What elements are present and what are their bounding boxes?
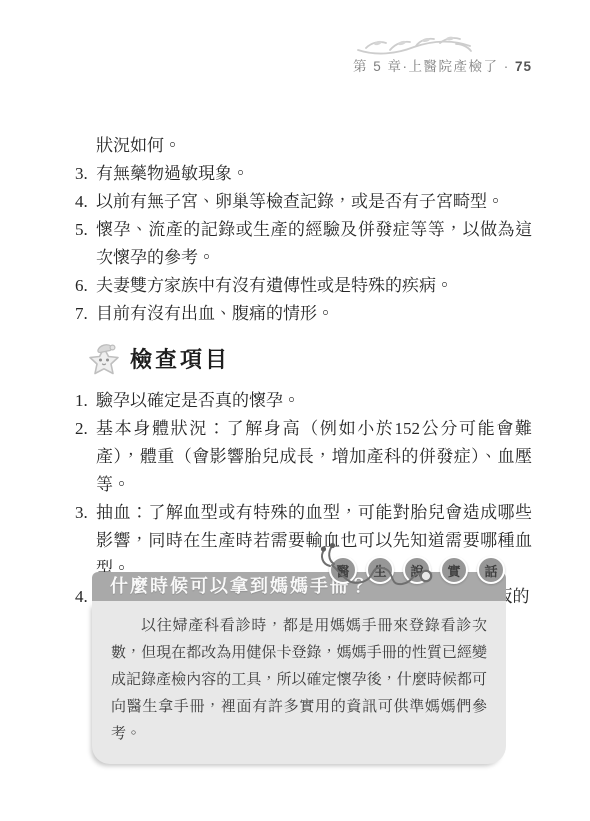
list-item-text: 基本身體狀況：了解身高（例如小於152公分可能會難產），體重（會影響胎兒成長，增… [96,419,532,494]
doctor-callout-box: 醫 生 說 實 話 什麼時候可以拿到媽媽手冊？ 以往婦產科看診時，都是用媽媽手冊… [92,556,506,764]
list-item: 7. 目前有沒有出血、腹痛的情形。 [75,300,532,328]
list-item-number: 2. [75,415,88,443]
doctor-badge: 話 [477,556,505,584]
list-item-number: 1. [75,387,88,415]
list-item-number: 5. [75,216,88,244]
list-item-number: 3. [75,160,88,188]
list-continuation-line: 狀況如何。 [75,132,532,160]
section-title: 檢查項目 [130,349,230,371]
list-item: 1. 驗孕以確定是否真的懷孕。 [75,387,532,415]
list-item: 4. 以前有無子宮、卵巢等檢查記錄，或是否有子宮畸型。 [75,188,532,216]
list-item: 3. 有無藥物過敏現象。 [75,160,532,188]
page-number: 75 [515,59,532,74]
chapter-label: 第 5 章·上醫院產檢了 · [353,59,510,74]
list-item-number: 6. [75,272,88,300]
list-item-text: 懷孕、流產的記錄或生產的經驗及併發症等等，以做為這次懷孕的參考。 [96,220,532,267]
list-item-number: 3. [75,499,88,527]
list-item-text: 以前有無子宮、卵巢等檢查記錄，或是否有子宮畸型。 [96,192,504,211]
star-mascot-icon [85,342,123,378]
list-item: 5. 懷孕、流產的記錄或生產的經驗及併發症等等，以做為這次懷孕的參考。 [75,216,532,272]
callout-body-text: 以往婦產科看診時，都是用媽媽手冊來登錄看診次數，但現在都改為用健保卡登錄，媽媽手… [111,612,487,747]
list-item: 2. 基本身體狀況：了解身高（例如小於152公分可能會難產），體重（會影響胎兒成… [75,415,532,499]
list-item-number: 4. [75,583,88,611]
list-item-text: 有無藥物過敏現象。 [96,164,249,183]
running-head: 第 5 章·上醫院產檢了 · 75 [353,55,532,75]
list-item-text: 夫妻雙方家族中有沒有遺傳性或是特殊的疾病。 [96,276,453,295]
list-item-number: 7. [75,300,88,328]
callout-panel: 以往婦產科看診時，都是用媽媽手冊來登錄看診次數，但現在都改為用健保卡登錄，媽媽手… [92,601,506,764]
list-item-number: 4. [75,188,88,216]
list-item-text: 目前有沒有出血、腹痛的情形。 [96,304,334,323]
main-text-column: 狀況如何。 3. 有無藥物過敏現象。 4. 以前有無子宮、卵巢等檢查記錄，或是否… [75,132,532,611]
stethoscope-icon [318,542,468,606]
section-heading: 檢查項目 [85,341,532,379]
list-item-text: 驗孕以確定是否真的懷孕。 [96,391,300,410]
book-page: 第 5 章·上醫院產檢了 · 75 狀況如何。 3. 有無藥物過敏現象。 4. … [0,0,590,821]
list-item: 6. 夫妻雙方家族中有沒有遺傳性或是特殊的疾病。 [75,272,532,300]
